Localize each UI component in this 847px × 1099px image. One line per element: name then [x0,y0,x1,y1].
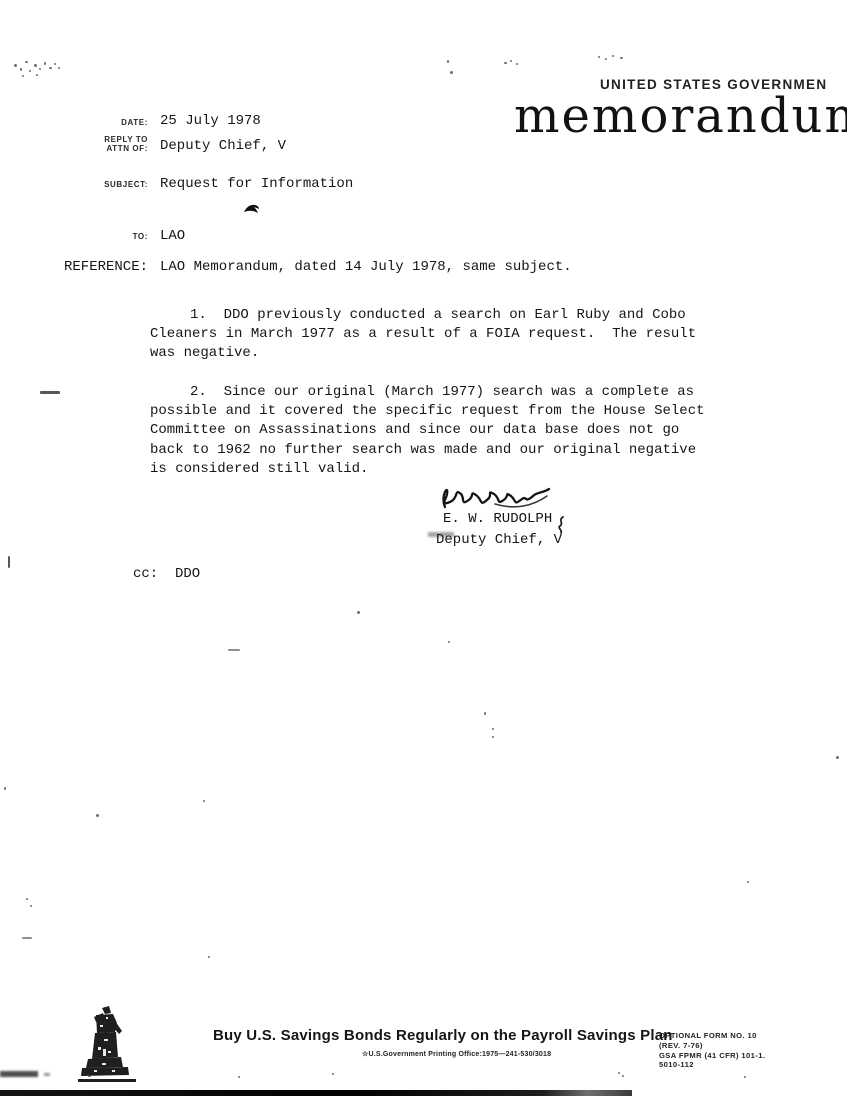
replyto-label-line2: ATTN OF: [40,144,148,153]
scan-speck [450,71,453,74]
reference-label: REFERENCE: [64,258,148,277]
scan-speck [88,1075,91,1077]
scan-speck [22,75,24,77]
scan-speck [238,1076,240,1078]
scan-speck [26,898,28,900]
subject-value: Request for Information [160,175,353,194]
margin-dash-mark [228,649,240,651]
margin-tick-mark [8,556,10,568]
scan-speck [504,62,507,64]
reference-value: LAO Memorandum, dated 14 July 1978, same… [160,258,572,277]
scan-speck [620,57,623,59]
scan-speck [208,956,210,958]
savings-bonds-line: Buy U.S. Savings Bonds Regularly on the … [213,1027,673,1044]
scan-speck [39,68,41,70]
scan-speck [357,611,360,614]
cc-line: cc: DDO [133,565,200,584]
scan-speck [492,728,494,730]
scan-speck [612,55,614,57]
scan-speck [622,1075,624,1077]
body-paragraph-1: 1. DDO previously conducted a search on … [150,306,710,364]
scan-speck [516,63,518,65]
scan-speck [510,60,512,62]
scan-speck [14,64,17,67]
signatory-title: Deputy Chief, V [436,531,562,550]
replyto-label-line1: REPLY TO [40,135,148,144]
subject-label: SUBJECT: [40,180,148,189]
margin-dash-mark [40,391,60,394]
scan-speck [618,1072,620,1074]
scan-speck [25,61,28,63]
scan-speck [34,64,37,67]
scan-speck [744,1076,746,1078]
scan-speck [492,736,494,738]
signatory-name: E. W. RUDOLPH [443,510,552,529]
body-paragraph-2: 2. Since our original (March 1977) searc… [150,383,710,479]
form-number-line: 5010-112 [659,1060,765,1070]
replyto-value: Deputy Chief, V [160,137,286,156]
scan-speck [36,74,38,76]
gpo-imprint-line: ☆U.S.Government Printing Office:1975—241… [362,1050,551,1058]
form-number-line: OPTIONAL FORM NO. 10 [659,1031,765,1041]
scan-speck [203,800,205,802]
margin-dash-mark [22,937,32,939]
scan-speck [4,787,6,790]
scan-speck [836,756,839,759]
memo-title: memorandum. [514,92,847,140]
ink-flick-mark-icon [243,202,261,214]
minuteman-statue-icon [72,1005,142,1089]
bottom-scan-bar [0,1090,632,1096]
memo-page: UNITED STATES GOVERNMEN memorandum. DATE… [0,0,847,1099]
scan-speck [54,63,56,65]
form-number-line: (REV. 7-76) [659,1041,765,1051]
scan-speck [605,58,607,60]
form-number-line: GSA FPMR (41 CFR) 101-1. [659,1051,765,1061]
scan-smudge [0,1071,38,1077]
scan-speck [58,67,60,69]
to-value: LAO [160,227,185,246]
scan-speck [448,641,450,643]
to-label: TO: [40,232,148,241]
scan-speck [20,68,22,71]
date-label: DATE: [40,118,148,127]
scan-speck [484,712,486,715]
scan-speck [29,70,31,72]
scan-speck [44,62,46,65]
scan-speck [747,881,749,883]
scan-speck [332,1073,334,1075]
date-value: 25 July 1978 [160,112,261,131]
scan-speck [30,905,32,907]
scan-speck [447,60,449,63]
scan-speck [598,56,600,58]
scan-smudge [44,1073,50,1076]
scan-speck [49,67,52,69]
scan-speck [96,814,99,817]
form-number-block: OPTIONAL FORM NO. 10 (REV. 7-76) GSA FPM… [659,1031,765,1070]
